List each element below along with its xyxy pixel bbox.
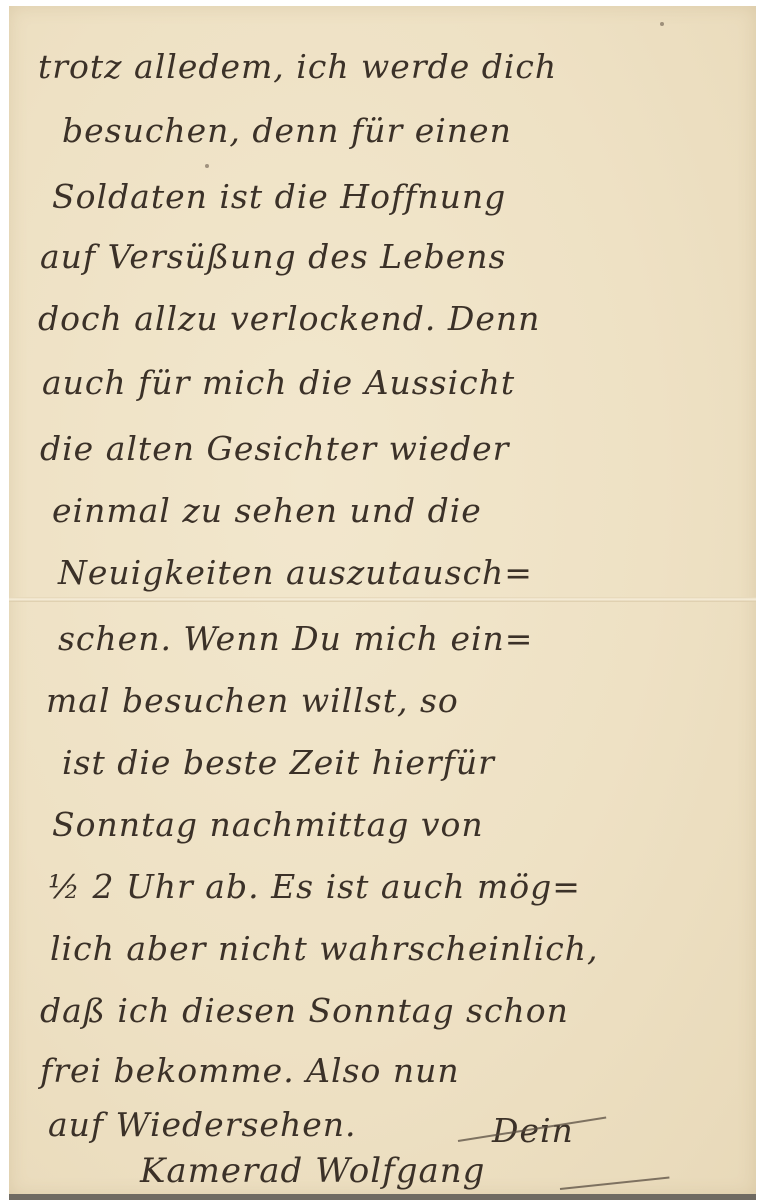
- ink-spot: [205, 164, 209, 168]
- letter-line-2: besuchen, denn für einen: [62, 114, 512, 147]
- paper-bottom-edge: [9, 1194, 756, 1200]
- letter-signature: Kamerad Wolfgang: [140, 1154, 485, 1188]
- letter-line-14: ½ 2 Uhr ab. Es ist auch mög=: [48, 870, 581, 903]
- letter-line-6: auch für mich die Aussicht: [42, 366, 515, 399]
- fold-crease: [9, 597, 756, 602]
- letter-line-8: einmal zu sehen und die: [52, 494, 482, 527]
- letter-line-11: mal besuchen willst, so: [46, 684, 459, 717]
- letter-line-9: Neuigkeiten auszutausch=: [58, 556, 533, 589]
- letter-line-12: ist die beste Zeit hierfür: [62, 746, 495, 779]
- letter-line-1: trotz alledem, ich werde dich: [38, 50, 557, 83]
- letter-line-15: lich aber nicht wahrscheinlich,: [50, 932, 599, 965]
- letter-line-17: frei bekomme. Also nun: [40, 1054, 460, 1087]
- letter-line-13: Sonntag nachmittag von: [52, 808, 484, 841]
- letter-line-18: auf Wiedersehen.: [48, 1108, 356, 1141]
- letter-line-7: die alten Gesichter wieder: [40, 432, 509, 465]
- ink-spot: [660, 22, 664, 26]
- letter-line-10: schen. Wenn Du mich ein=: [58, 622, 533, 655]
- letter-line-16: daß ich diesen Sonntag schon: [40, 994, 569, 1027]
- letter-line-5: doch allzu verlockend. Denn: [38, 302, 540, 335]
- letter-line-4: auf Versüßung des Lebens: [40, 240, 506, 273]
- letter-closing: Dein: [492, 1114, 574, 1147]
- letter-line-3: Soldaten ist die Hoffnung: [52, 180, 506, 213]
